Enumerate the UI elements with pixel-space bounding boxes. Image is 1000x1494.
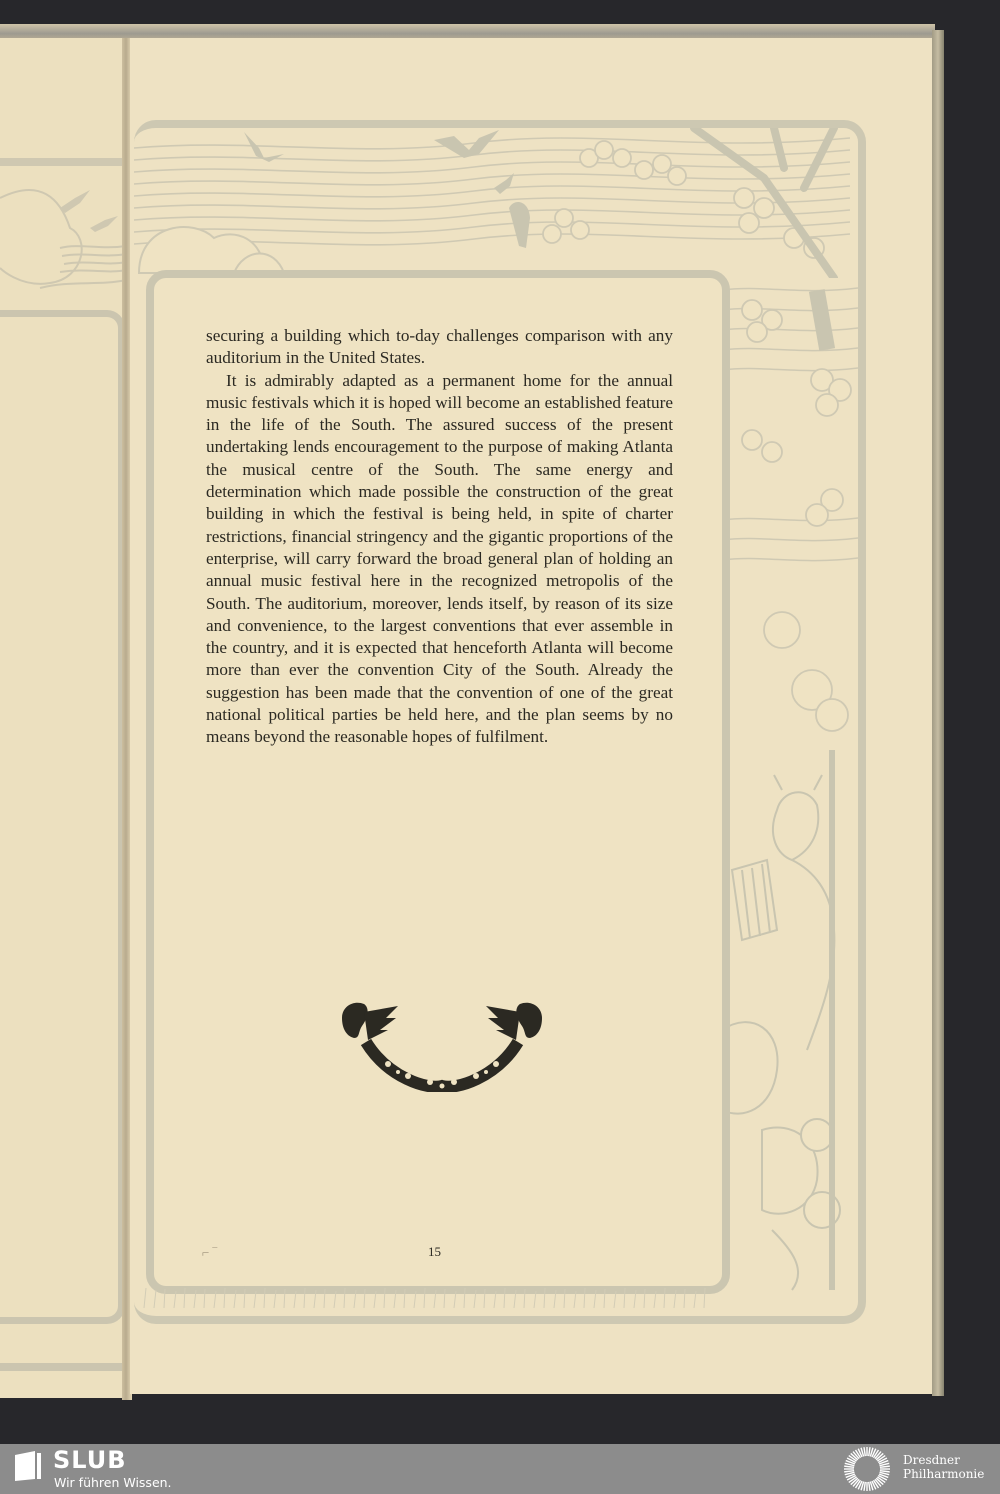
- grass-bottom-decoration: [134, 1286, 854, 1308]
- sunburst-ring-icon[interactable]: [842, 1445, 892, 1493]
- garland-ornament-icon: [338, 998, 546, 1092]
- dresdner-philharmonie-brand[interactable]: Dresdner Philharmonie: [903, 1453, 984, 1481]
- paragraph-1: securing a building which to-day challen…: [206, 325, 673, 370]
- slub-brand-name[interactable]: SLUB: [53, 1446, 127, 1474]
- book-icon[interactable]: [13, 1449, 43, 1483]
- left-inner-frame: [0, 310, 125, 1324]
- print-smudge: ⌐ ‾: [202, 1245, 217, 1261]
- page-number: 15: [428, 1244, 441, 1260]
- left-page: [0, 38, 126, 1398]
- paragraph-2: It is admirably adapted as a permanent h…: [206, 370, 673, 749]
- page-stack-edge: [932, 30, 944, 1396]
- faun-blossom-side-decoration: [722, 270, 858, 1306]
- left-frame-bottom-border: [0, 1363, 126, 1371]
- left-frame-top-border: [0, 158, 126, 166]
- left-cloud-bird-decoration: [0, 168, 126, 308]
- body-text: securing a building which to-day challen…: [206, 325, 673, 749]
- footer-bar: SLUB Wir führen Wissen. Dresdner Philhar…: [0, 1444, 1000, 1494]
- sky-blossom-decoration: [134, 128, 850, 278]
- slub-tagline: Wir führen Wissen.: [54, 1475, 172, 1490]
